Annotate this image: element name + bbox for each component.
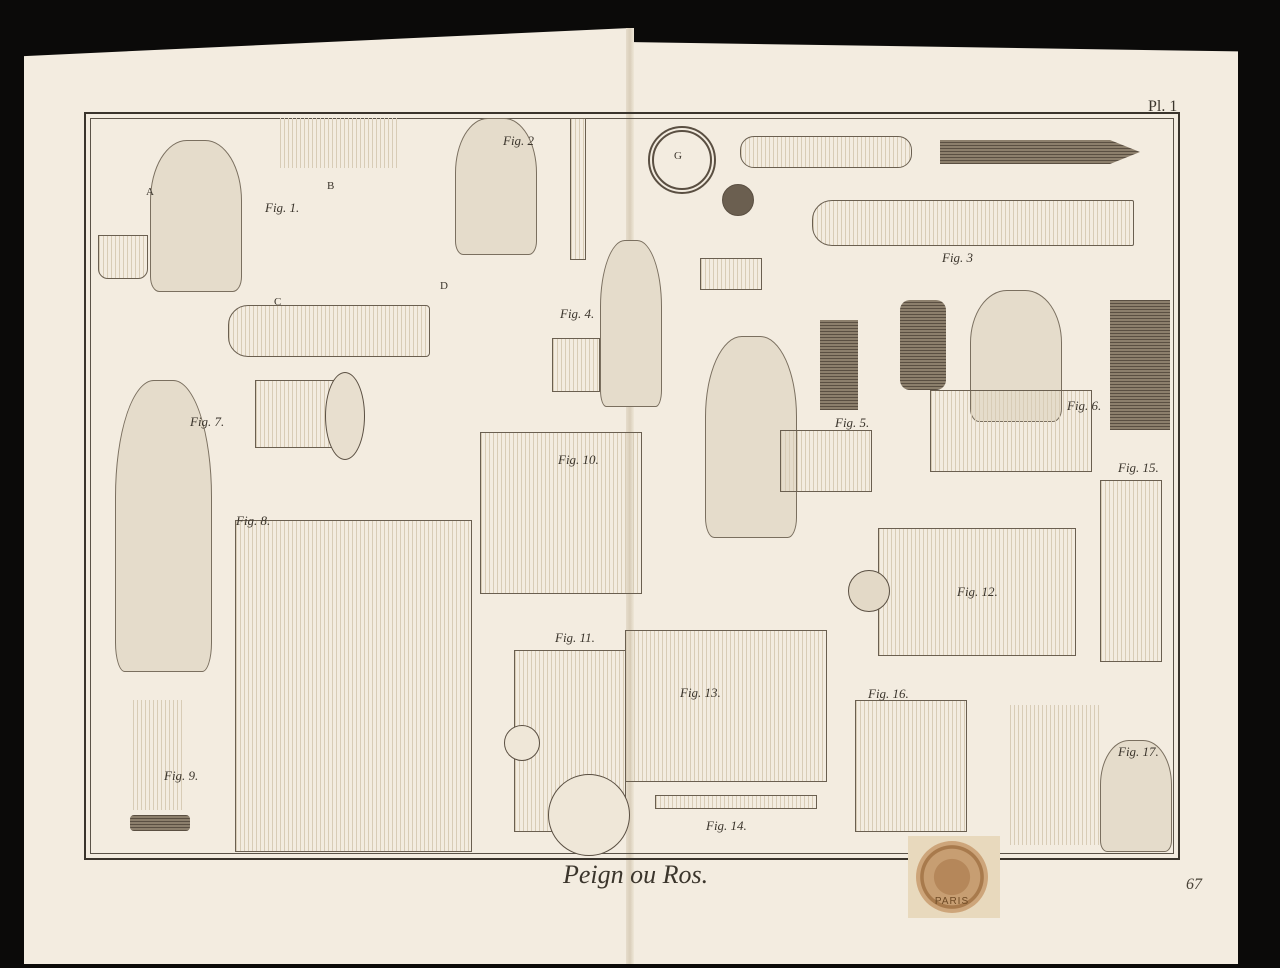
engraving-bucket	[552, 338, 600, 392]
engraving-fig4-worker	[600, 240, 662, 407]
engraving-fig9-crank	[133, 700, 183, 810]
fig2-label: Fig. 2	[503, 133, 534, 149]
engraving-roller-L	[740, 136, 912, 168]
fig17-label: Fig. 17.	[1118, 744, 1159, 760]
fig11-label: Fig. 11.	[555, 630, 595, 646]
fig1-label: Fig. 1.	[265, 200, 299, 216]
engraving-block-R	[1110, 300, 1170, 430]
engraving-dial	[848, 570, 890, 612]
fig9-label: Fig. 9.	[164, 768, 198, 784]
fig4-label: Fig. 4.	[560, 306, 594, 322]
engraving-pulley-T	[548, 774, 630, 856]
fig14-label: Fig. 14.	[706, 818, 747, 834]
engraving-post	[570, 118, 586, 260]
engraving-ring-G	[648, 126, 716, 194]
fig13-label: Fig. 13.	[680, 685, 721, 701]
engraving-fig9-pulley	[130, 815, 190, 831]
fig15-label: Fig. 15.	[1118, 460, 1159, 476]
engraving-fig17-swift	[1010, 705, 1100, 845]
library-seal: PARIS	[916, 841, 988, 913]
engraving-block-P	[820, 320, 858, 410]
engraving-spindle-K	[940, 140, 1140, 164]
engraving-reed-bundle	[228, 305, 430, 357]
engraving-star-H	[722, 184, 754, 216]
engraving-pulley-R	[504, 725, 540, 761]
engraving-fig1-worker	[150, 140, 242, 292]
callout-letter: A	[146, 186, 154, 198]
engraving-hands	[280, 118, 400, 168]
page-number: 67	[1186, 876, 1202, 894]
engraving-bench	[780, 430, 872, 492]
engraving-fig13-frame	[625, 630, 827, 782]
engraving-wheel	[325, 372, 365, 460]
engraving-fig15-reel	[1100, 480, 1162, 662]
engraving-fig16-winder	[855, 700, 967, 832]
fig7-label: Fig. 7.	[190, 414, 224, 430]
fig16-label: Fig. 16.	[868, 686, 909, 702]
fig12-label: Fig. 12.	[957, 584, 998, 600]
engraving-block-Q	[900, 300, 946, 390]
stamp-text: PARIS	[935, 896, 969, 907]
callout-letter: D	[440, 280, 448, 292]
fig5-label: Fig. 5.	[835, 415, 869, 431]
fig8-label: Fig. 8.	[236, 513, 270, 529]
engraving-fig8-machine	[235, 520, 472, 852]
plate-caption: Peign ou Ros.	[563, 860, 708, 890]
fig3-label: Fig. 3	[942, 250, 973, 266]
engraving-tube-M	[812, 200, 1134, 246]
fig10-label: Fig. 10.	[558, 452, 599, 468]
engraving-basket	[98, 235, 148, 279]
engraving-gear-I	[700, 258, 762, 290]
plate-number: Pl. 1	[1148, 98, 1177, 116]
callout-letter: G	[674, 150, 682, 162]
callout-letter: B	[327, 180, 334, 192]
engraving-fig14-rule	[655, 795, 817, 809]
callout-letter: C	[274, 296, 281, 308]
fig6-label: Fig. 6.	[1067, 398, 1101, 414]
